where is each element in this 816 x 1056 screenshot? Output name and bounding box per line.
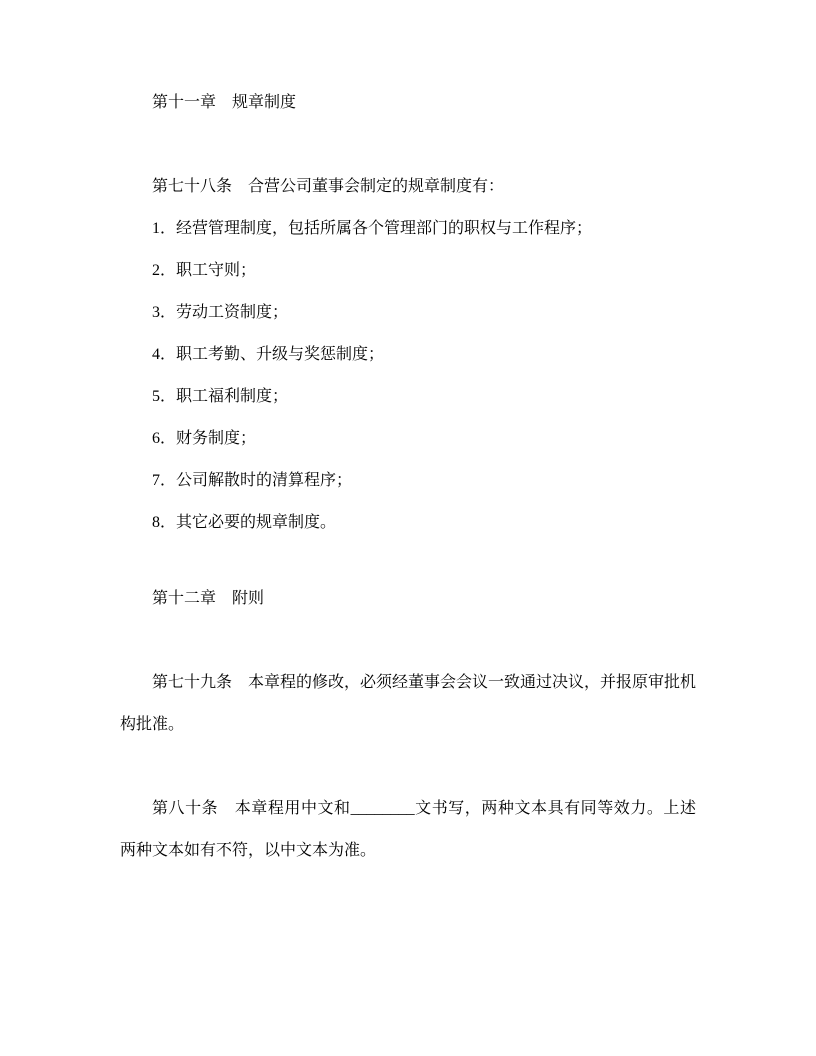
chapter-12-heading: 第十二章 附则 (120, 578, 696, 620)
rule-item-8: 8．其它必要的规章制度。 (120, 502, 696, 544)
article-80-text-before-blank: 第八十条 本章程用中文和 (152, 800, 351, 817)
article-79-text: 第七十九条 本章程的修改，必须经董事会会议一致通过决议，并报原审批机构批准。 (120, 662, 696, 746)
chapter-11-heading: 第十一章 规章制度 (120, 82, 696, 124)
rule-item-6: 6．财务制度； (120, 418, 696, 460)
rule-item-5: 5．职工福利制度； (120, 376, 696, 418)
fill-in-blank: ________ (351, 800, 415, 817)
rule-item-2: 2．职工守则； (120, 250, 696, 292)
rule-item-1: 1．经营管理制度，包括所属各个管理部门的职权与工作程序； (120, 208, 696, 250)
article-78-intro: 第七十八条 合营公司董事会制定的规章制度有： (120, 166, 696, 208)
rule-item-7: 7．公司解散时的清算程序； (120, 460, 696, 502)
rule-item-4: 4．职工考勤、升级与奖惩制度； (120, 334, 696, 376)
document-page: 第十一章 规章制度 第七十八条 合营公司董事会制定的规章制度有： 1．经营管理制… (0, 0, 816, 1056)
article-80-text: 第八十条 本章程用中文和________文书写，两种文本具有同等效力。上述两种文… (120, 788, 696, 872)
document-body: 第十一章 规章制度 第七十八条 合营公司董事会制定的规章制度有： 1．经营管理制… (120, 82, 696, 872)
rule-item-3: 3．劳动工资制度； (120, 292, 696, 334)
